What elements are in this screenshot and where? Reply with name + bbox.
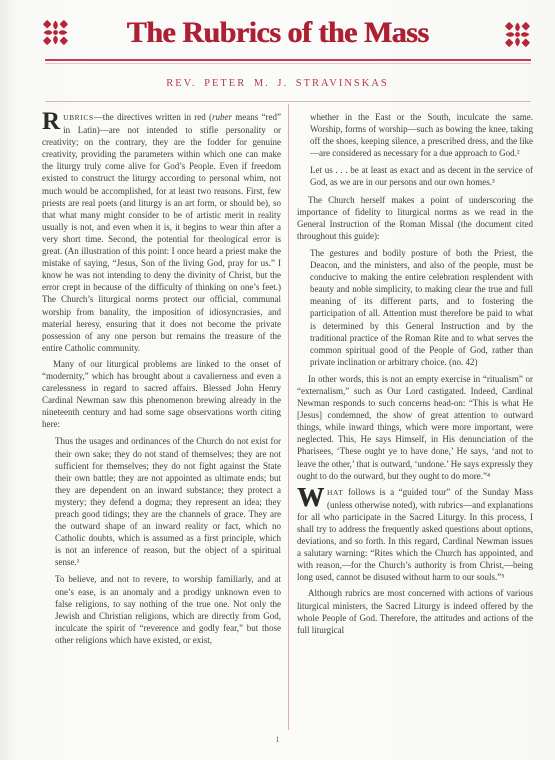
column-divider-rule xyxy=(288,104,289,730)
paragraph-church-fidelity: The Church herself makes a point of unde… xyxy=(297,194,533,242)
author-byline: REV. PETER M. J. STRAVINSKAS xyxy=(0,78,555,89)
left-text-column: RUBRICS—the directives written in red (r… xyxy=(42,111,281,747)
blockquote-newman-exact-decent: Let us . . . be at least as exact and as… xyxy=(310,164,533,188)
paragraph-guided-tour: WHAT follows is a “guided tour” of the S… xyxy=(297,486,533,584)
paragraph-ritualism: In other words, this is not an empty exe… xyxy=(297,373,533,482)
dropcap-r: R xyxy=(42,111,63,132)
fleuron-ornament-icon xyxy=(504,21,531,48)
fleuron-ornament-icon xyxy=(42,19,69,46)
page-number: 1 xyxy=(0,735,555,744)
lead-smallcaps: HAT xyxy=(327,488,343,497)
latin-term: ruber xyxy=(212,112,232,122)
book-page: The Rubrics of the Mass REV. PETER M. J.… xyxy=(0,0,555,760)
right-text-column: whether in the East or the South, inculc… xyxy=(297,111,533,747)
dropcap-w: W xyxy=(297,486,327,507)
page-title: The Rubrics of the Mass xyxy=(70,16,485,58)
blockquote-newman-usages: Thus the usages and ordinances of the Ch… xyxy=(55,435,281,568)
blockquote-newman-believe-continued: whether in the East or the South, inculc… xyxy=(310,111,533,159)
lead-smallcaps: UBRICS xyxy=(63,113,94,122)
paragraph-modernity: Many of our liturgical problems are link… xyxy=(42,358,281,431)
blockquote-girm-42: The gestures and bodily posture of both … xyxy=(310,247,533,368)
blockquote-newman-believe: To believe, and not to revere, to worshi… xyxy=(55,573,281,646)
title-double-rule xyxy=(45,59,531,64)
byline-rule xyxy=(45,101,531,102)
paragraph-rubrics-intro: RUBRICS—the directives written in red (r… xyxy=(42,111,281,354)
paragraph-whole-people: Although rubrics are most concerned with… xyxy=(297,587,533,635)
